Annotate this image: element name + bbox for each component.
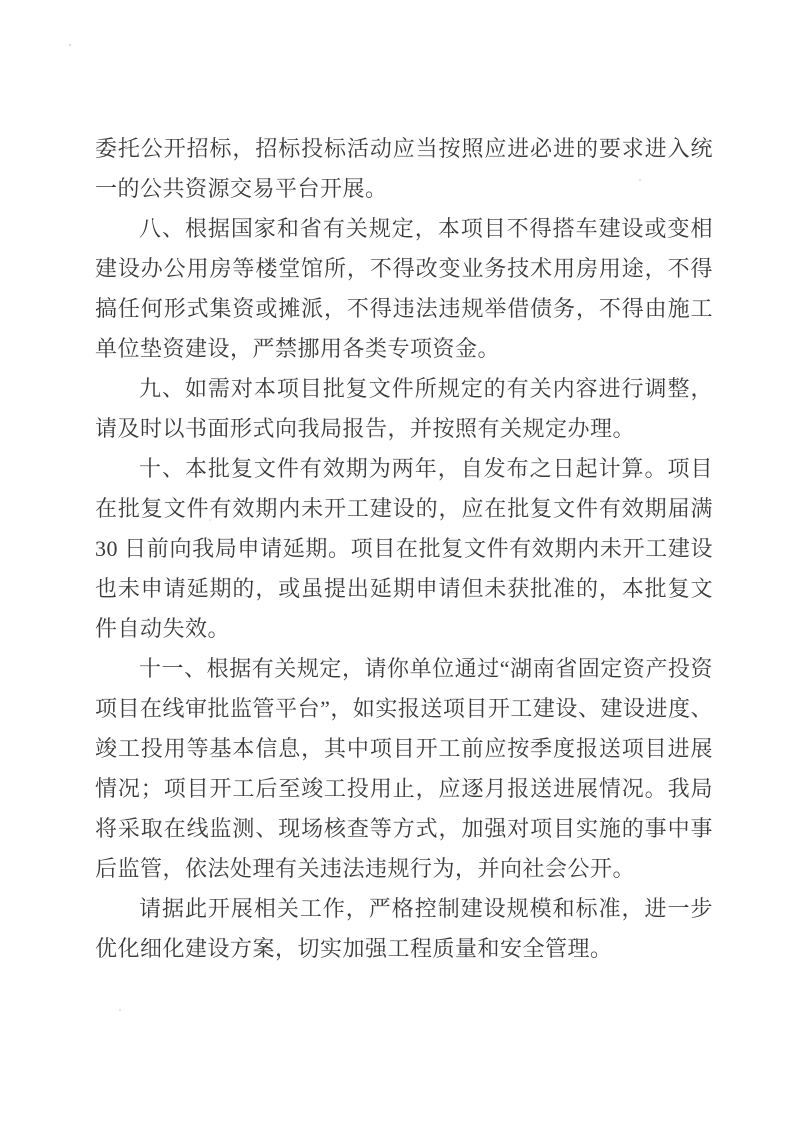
- paragraph-item-9: 九、如需对本项目批复文件所规定的有关内容进行调整，请及时以书面形式向我局报告，并…: [95, 369, 713, 449]
- document-body: 委托公开招标，招标投标活动应当按照应进必进的要求进入统一的公共资源交易平台开展。…: [95, 129, 713, 969]
- paragraph-item-11: 十一、根据有关规定，请你单位通过“湖南省固定资产投资项目在线审批监管平台”，如实…: [95, 649, 713, 889]
- document-page: 委托公开招标，招标投标活动应当按照应进必进的要求进入统一的公共资源交易平台开展。…: [0, 0, 794, 1122]
- paragraph-item-10: 十、本批复文件有效期为两年，自发布之日起计算。项目在批复文件有效期内未开工建设的…: [95, 449, 713, 649]
- paragraph-closing: 请据此开展相关工作，严格控制建设规模和标准，进一步优化细化建设方案，切实加强工程…: [95, 889, 713, 969]
- paragraph-item-8: 八、根据国家和省有关规定，本项目不得搭车建设或变相建设办公用房等楼堂馆所，不得改…: [95, 209, 713, 369]
- paragraph-continuation: 委托公开招标，招标投标活动应当按照应进必进的要求进入统一的公共资源交易平台开展。: [95, 129, 713, 209]
